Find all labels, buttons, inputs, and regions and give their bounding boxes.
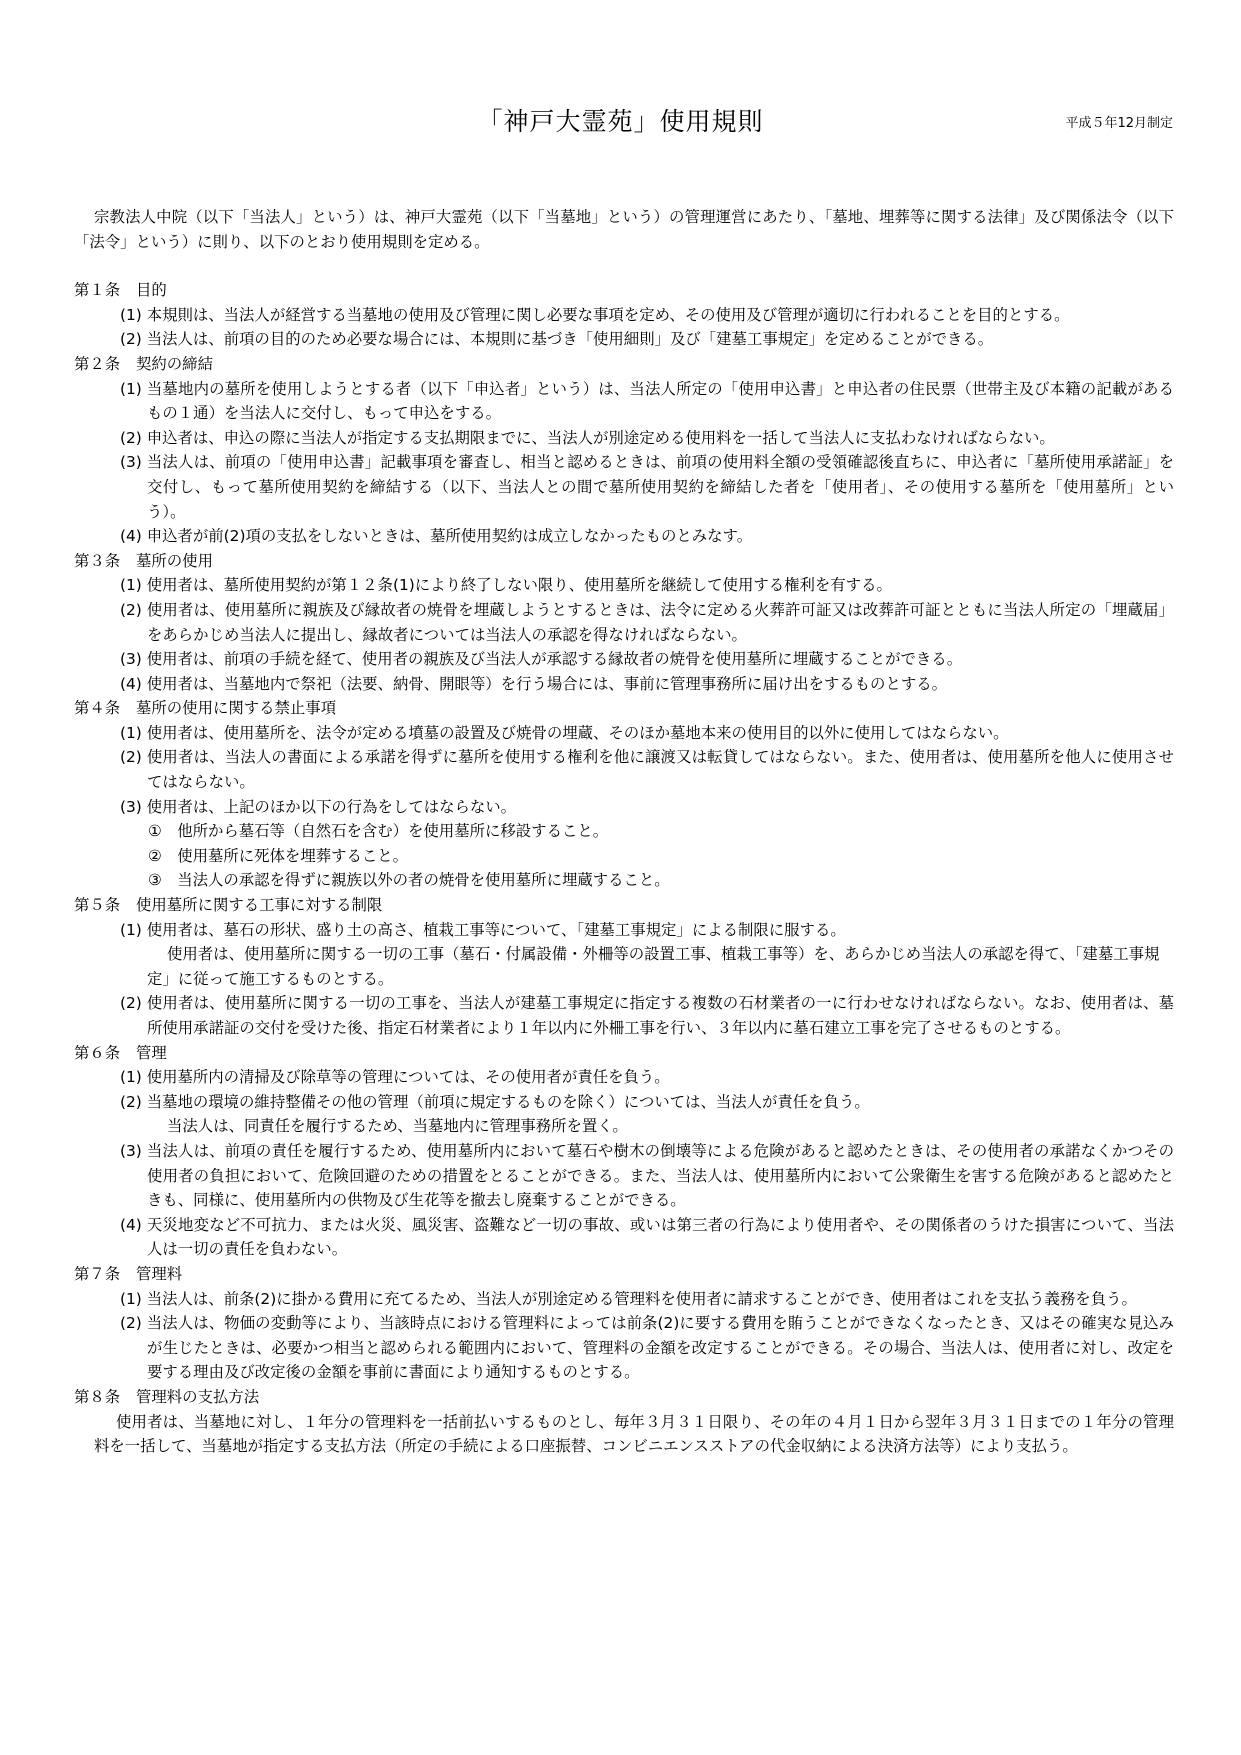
article-item: (3) 当法人は、前項の責任を履行するため、使用墓所内において墓石や樹木の倒壊等… <box>74 1139 1174 1213</box>
article-heading: 第１条目的 <box>74 278 1174 303</box>
page-title: 「神戸大霊苑」使用規則 <box>0 102 1241 138</box>
article-number: 第１条 <box>74 278 136 303</box>
article-heading: 第５条使用墓所に関する工事に対する制限 <box>74 893 1174 918</box>
article-item: (2) 使用者は、使用墓所に親族及び縁故者の焼骨を埋蔵しようとするときは、法令に… <box>74 598 1174 647</box>
article-item: (1) 当墓地内の墓所を使用しようとする者（以下「申込者」という）は、当法人所定… <box>74 377 1174 426</box>
article-item: (1) 当法人は、前条(2)に掛かる費用に充てるため、当法人が別途定める管理料を… <box>74 1287 1174 1312</box>
article-item: (4) 天災地変など不可抗力、または火災、風災害、盗難など一切の事故、或いは第三… <box>74 1213 1174 1262</box>
article-subitem: ② 使用墓所に死体を埋葬すること。 <box>74 844 1174 869</box>
article-number: 第４条 <box>74 696 136 721</box>
article-heading: 第２条契約の締結 <box>74 352 1174 377</box>
article-number: 第８条 <box>74 1385 136 1410</box>
article-item: (3) 使用者は、上記のほか以下の行為をしてはならない。 <box>74 795 1174 820</box>
article-4: 第４条墓所の使用に関する禁止事項 (1) 使用者は、使用墓所を、法令が定める墳墓… <box>74 696 1174 893</box>
article-heading: 第３条墓所の使用 <box>74 549 1174 574</box>
preamble: 宗教法人中院（以下「当法人」という）は、神戸大霊苑（以下「当墓地」という）の管理… <box>74 205 1174 254</box>
article-heading: 第４条墓所の使用に関する禁止事項 <box>74 696 1174 721</box>
article-item: (2) 当墓地の環境の維持整備その他の管理（前項に規定するものを除く）については… <box>74 1090 1174 1115</box>
article-item: (1) 使用者は、墓所使用契約が第１２条(1)により終了しない限り、使用墓所を継… <box>74 573 1174 598</box>
article-item: (4) 申込者が前(2)項の支払をしないときは、墓所使用契約は成立しなかったもの… <box>74 524 1174 549</box>
article-number: 第６条 <box>74 1041 136 1066</box>
article-number: 第５条 <box>74 893 136 918</box>
article-item: (2) 申込者は、申込の際に当法人が指定する支払期限までに、当法人が別途定める使… <box>74 426 1174 451</box>
article-item: (2) 当法人は、前項の目的のため必要な場合には、本規則に基づき「使用細則」及び… <box>74 327 1174 352</box>
article-item-note: 当法人は、同責任を履行するため、当墓地内に管理事務所を置く。 <box>74 1114 1174 1139</box>
article-item: (1) 本規則は、当法人が経営する当墓地の使用及び管理に関し必要な事項を定め、そ… <box>74 303 1174 328</box>
article-paragraph: 使用者は、当墓地に対し、１年分の管理料を一括前払いするものとし、毎年３月３１日限… <box>74 1410 1174 1459</box>
document-body: 宗教法人中院（以下「当法人」という）は、神戸大霊苑（以下「当墓地」という）の管理… <box>74 205 1174 1459</box>
article-title: 契約の締結 <box>136 355 213 373</box>
article-item-note: 使用者は、使用墓所に関する一切の工事（墓石・付属設備・外柵等の設置工事、植栽工事… <box>74 942 1174 991</box>
article-7: 第７条管理料 (1) 当法人は、前条(2)に掛かる費用に充てるため、当法人が別途… <box>74 1262 1174 1385</box>
article-title: 管理料 <box>136 1265 182 1283</box>
article-8: 第８条管理料の支払方法 使用者は、当墓地に対し、１年分の管理料を一括前払いするも… <box>74 1385 1174 1459</box>
article-number: 第２条 <box>74 352 136 377</box>
article-title: 墓所の使用に関する禁止事項 <box>136 699 336 717</box>
article-item: (4) 使用者は、当墓地内で祭祀（法要、納骨、開眼等）を行う場合には、事前に管理… <box>74 672 1174 697</box>
article-number: 第３条 <box>74 549 136 574</box>
article-3: 第３条墓所の使用 (1) 使用者は、墓所使用契約が第１２条(1)により終了しない… <box>74 549 1174 697</box>
article-subitem: ① 他所から墓石等（自然石を含む）を使用墓所に移設すること。 <box>74 819 1174 844</box>
enacted-date: 平成５年12月制定 <box>1065 112 1173 131</box>
article-item: (2) 使用者は、当法人の書面による承諾を得ずに墓所を使用する権利を他に譲渡又は… <box>74 745 1174 794</box>
article-title: 管理料の支払方法 <box>136 1388 259 1406</box>
article-title: 墓所の使用 <box>136 552 213 570</box>
article-title: 目的 <box>136 281 167 299</box>
article-5: 第５条使用墓所に関する工事に対する制限 (1) 使用者は、墓石の形状、盛り土の高… <box>74 893 1174 1041</box>
article-item: (1) 使用者は、使用墓所を、法令が定める墳墓の設置及び焼骨の埋蔵、そのほか墓地… <box>74 721 1174 746</box>
article-item: (1) 使用者は、墓石の形状、盛り土の高さ、植栽工事等について、「建墓工事規定」… <box>74 918 1174 943</box>
article-item: (3) 当法人は、前項の「使用申込書」記載事項を審査し、相当と認めるときは、前項… <box>74 450 1174 524</box>
article-heading: 第８条管理料の支払方法 <box>74 1385 1174 1410</box>
article-6: 第６条管理 (1) 使用墓所内の清掃及び除草等の管理については、その使用者が責任… <box>74 1041 1174 1262</box>
article-item: (1) 使用墓所内の清掃及び除草等の管理については、その使用者が責任を負う。 <box>74 1065 1174 1090</box>
article-title: 管理 <box>136 1044 167 1062</box>
article-title: 使用墓所に関する工事に対する制限 <box>136 896 382 914</box>
article-item: (3) 使用者は、前項の手続を経て、使用者の親族及び当法人が承認する縁故者の焼骨… <box>74 647 1174 672</box>
article-item: (2) 使用者は、使用墓所に関する一切の工事を、当法人が建墓工事規定に指定する複… <box>74 991 1174 1040</box>
article-number: 第７条 <box>74 1262 136 1287</box>
article-heading: 第６条管理 <box>74 1041 1174 1066</box>
article-subitem: ③ 当法人の承認を得ずに親族以外の者の焼骨を使用墓所に埋蔵すること。 <box>74 868 1174 893</box>
article-2: 第２条契約の締結 (1) 当墓地内の墓所を使用しようとする者（以下「申込者」とい… <box>74 352 1174 549</box>
article-1: 第１条目的 (1) 本規則は、当法人が経営する当墓地の使用及び管理に関し必要な事… <box>74 278 1174 352</box>
article-item: (2) 当法人は、物価の変動等により、当該時点における管理料によっては前条(2)… <box>74 1311 1174 1385</box>
article-heading: 第７条管理料 <box>74 1262 1174 1287</box>
